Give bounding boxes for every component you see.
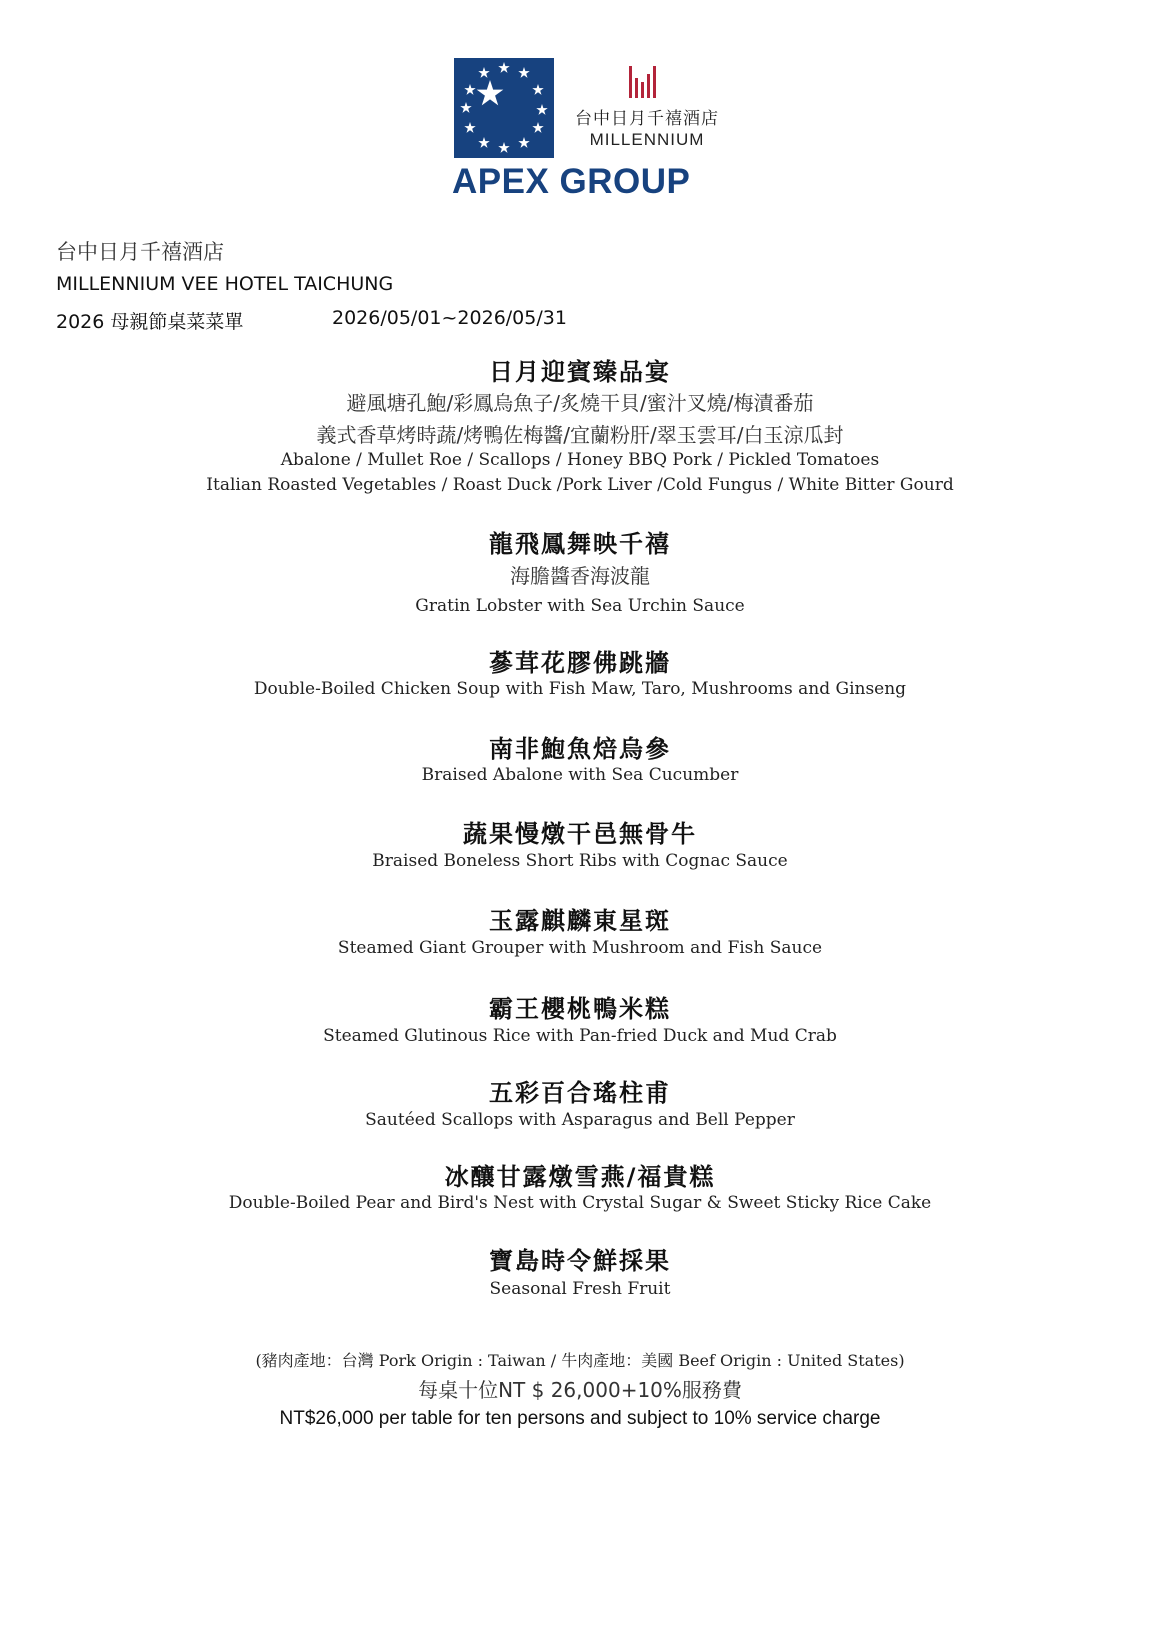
- course-title: 南非鮑魚焙烏參: [0, 729, 1160, 764]
- course-desc-zh: 海膽醬香海波龍: [0, 560, 1160, 589]
- logo-group-name: APEX GROUP: [452, 162, 722, 202]
- course-title: 霸王櫻桃鴨米糕: [0, 989, 1160, 1024]
- course-desc-en: Braised Abalone with Sea Cucumber: [0, 765, 1160, 785]
- date-range: 2026/05/01~2026/05/31: [332, 307, 567, 329]
- course-title: 玉露麒麟東星斑: [0, 901, 1160, 936]
- course-desc-en: Seasonal Fresh Fruit: [0, 1279, 1160, 1299]
- logo-hotel-name-zh: 台中日月千禧酒店: [572, 104, 722, 129]
- meat-origin-note: (豬肉產地：台灣 Pork Origin : Taiwan / 牛肉產地：美國 …: [0, 1348, 1160, 1371]
- apex-group-logo: 台中日月千禧酒店 MILLENNIUM APEX GROUP: [454, 58, 720, 208]
- price-en: NT$26,000 per table for ten persons and …: [0, 1408, 1160, 1430]
- course-desc-zh: 義式香草烤時蔬/烤鴨佐梅醬/宜蘭粉肝/翠玉雲耳/白玉涼瓜封: [0, 419, 1160, 448]
- millennium-mark-icon: [628, 64, 658, 98]
- course-desc-en: Abalone / Mullet Roe / Scallops / Honey …: [0, 450, 1160, 470]
- course-title: 冰釀甘露燉雪燕/福貴糕: [0, 1157, 1160, 1192]
- logo-hotel-name-en: MILLENNIUM: [572, 130, 722, 150]
- course-desc-en: Sautéed Scallops with Asparagus and Bell…: [0, 1110, 1160, 1130]
- course-title: 蔬果慢燉干邑無骨牛: [0, 814, 1160, 849]
- course-desc-en: Steamed Giant Grouper with Mushroom and …: [0, 938, 1160, 958]
- course-title: 五彩百合瑤柱甫: [0, 1073, 1160, 1108]
- course-title: 寶島時令鮮採果: [0, 1241, 1160, 1276]
- hotel-name-zh: 台中日月千禧酒店: [56, 236, 224, 266]
- menu-title: 2026 母親節桌菜菜單: [56, 307, 243, 334]
- course-desc-en: Double-Boiled Chicken Soup with Fish Maw…: [0, 679, 1160, 699]
- star-flag-icon: [454, 58, 554, 158]
- course-desc-en: Double-Boiled Pear and Bird's Nest with …: [0, 1193, 1160, 1213]
- course-title: 蔘茸花膠佛跳牆: [0, 643, 1160, 678]
- menu-page: 台中日月千禧酒店 MILLENNIUM APEX GROUP 台中日月千禧酒店 …: [0, 0, 1160, 1640]
- course-desc-en: Braised Boneless Short Ribs with Cognac …: [0, 851, 1160, 871]
- course-desc-en: Steamed Glutinous Rice with Pan-fried Du…: [0, 1026, 1160, 1046]
- course-desc-en: Gratin Lobster with Sea Urchin Sauce: [0, 596, 1160, 616]
- course-desc-en: Italian Roasted Vegetables / Roast Duck …: [0, 475, 1160, 495]
- course-desc-zh: 避風塘孔鮑/彩鳳烏魚子/炙燒干貝/蜜汁叉燒/梅漬番茄: [0, 387, 1160, 416]
- course-title: 日月迎賓臻品宴: [0, 352, 1160, 387]
- course-title: 龍飛鳳舞映千禧: [0, 524, 1160, 559]
- hotel-name-en: MILLENNIUM VEE HOTEL TAICHUNG: [56, 273, 393, 295]
- price-zh: 每桌十位NT $ 26,000+10%服務費: [0, 1374, 1160, 1403]
